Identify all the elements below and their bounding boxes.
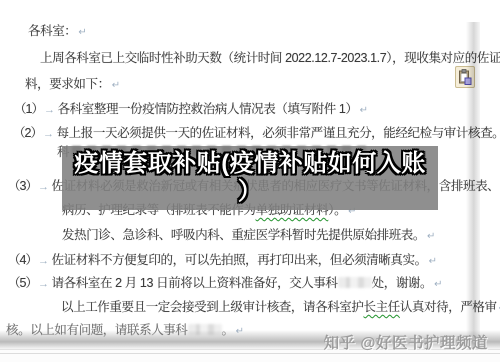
doc-line-closing-1: 以上工作重要且一定会接受到上级审计核查，请各科室护长主任认真对待，严格审↵	[61, 300, 500, 316]
doc-line-item-4: （4）→佐证材料不方便复印的，可以先拍照，再打印出来，但必须清晰真实。↵	[8, 253, 437, 269]
item1-text: 各科室整理一份疫情防控救治病人情况表（填写附件 1）	[58, 102, 358, 116]
headline-overlay-banner: 疫情套取补贴(疫情补贴如何入账 ）	[62, 146, 438, 210]
paragraph-mark-icon: ↵	[78, 27, 86, 38]
doc-line-item-3c: 发热门诊、急诊科、呼吸内科、重症医学科暂时先提供原始排班表。↵	[62, 228, 435, 244]
paragraph-mark-icon: ↵	[112, 80, 120, 91]
bottom-divider-line	[0, 353, 500, 354]
paragraph-mark-icon: ↵	[429, 256, 437, 267]
tab-arrow-icon: →	[38, 181, 49, 193]
item3-number: （3）	[8, 179, 37, 193]
closing1-post: 认真对待，严格审	[400, 300, 497, 314]
item5-pre: 请各科室在 2 月 13 日前将以上资料准备好，交人事科	[52, 276, 338, 290]
paragraph-mark-icon: ↵	[360, 105, 368, 116]
intro1-text: 上周各科室已上交临时性补助天数（统计时间 2022.12.7-2023.1.7）…	[40, 51, 500, 65]
doc-line-item-5: （5）→请各科室在 2 月 13 日前将以上资料准备好，交人事科处，谢谢。↵	[8, 276, 442, 292]
item2-number: （2）	[13, 126, 42, 140]
redacted-name-blur	[338, 277, 372, 288]
salutation-text: 各科室：	[28, 24, 76, 38]
doc-line-item-2: （2）→每上报一天必须提供一天的佐证材料，必须非常严谨且充分，能经纪检与审计核查…	[13, 126, 500, 142]
doc-line-salutation: 各科室：↵	[28, 24, 86, 40]
tab-arrow-icon: →	[38, 278, 49, 290]
item5-post: 处，谢谢。	[372, 276, 433, 290]
item4-text: 佐证材料不方便复印的，可以先拍照，再打印出来，但必须清晰真实。	[52, 253, 427, 267]
item1-number: （1）	[14, 102, 43, 116]
item4-number: （4）	[8, 253, 37, 267]
zhihu-watermark: 知乎 @好医书护理频道	[0, 331, 488, 353]
tab-arrow-icon: →	[44, 104, 55, 116]
item5-number: （5）	[8, 276, 37, 290]
item3c-text: 发热门诊、急诊科、呼吸内科、重症医学科暂时先提供原始排班表。	[62, 228, 425, 242]
tab-arrow-icon: →	[38, 255, 49, 267]
overlay-title-line2: ）	[62, 177, 438, 207]
word-document-page: 各科室：↵ 上周各科室已上交临时性补助天数（统计时间 2022.12.7-202…	[0, 0, 500, 362]
overlay-title-line1: 疫情套取补贴(疫情补贴如何入账	[62, 149, 438, 179]
doc-line-item-1: （1）→各科室整理一份疫情防控救治病人情况表（填写附件 1）↵	[14, 102, 368, 118]
closing1-spellcheck-text: 长主任	[364, 300, 400, 314]
paragraph-mark-icon: ↵	[427, 231, 435, 242]
page-right-edge-shadow	[466, 22, 480, 352]
doc-line-intro-1: 上周各科室已上交临时性补助天数（统计时间 2022.12.7-2023.1.7）…	[40, 51, 500, 66]
paragraph-mark-icon: ↵	[434, 279, 442, 290]
item2-text: 每上报一天必须提供一天的佐证材料，必须非常严谨且充分，能经纪检与审计核查。	[57, 126, 500, 140]
doc-line-intro-2: 料，要求如下：↵	[25, 77, 120, 93]
tab-arrow-icon: →	[43, 128, 54, 140]
closing1-pre: 以上工作重要且一定会接受到上级审计核查，请各科室护	[61, 300, 364, 314]
intro2-text: 料，要求如下：	[25, 77, 110, 91]
